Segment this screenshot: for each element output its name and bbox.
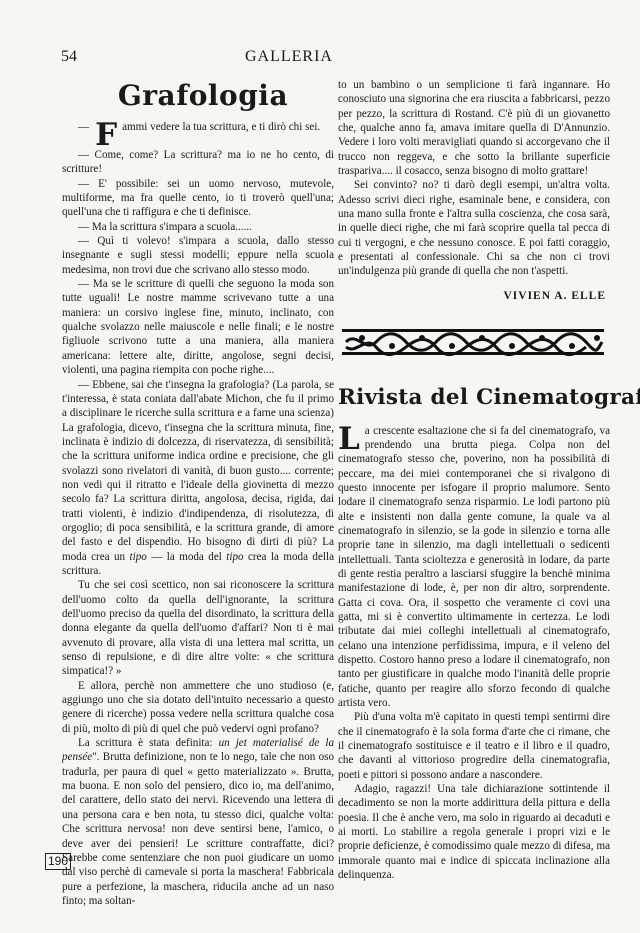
paragraph-continuation: to un bambino o un semplicione ti farà i…: [338, 78, 610, 178]
article-title-grafologia: Grafologia: [62, 78, 334, 114]
folio-number-box: 190: [45, 853, 71, 870]
dropcap-L: L: [338, 426, 360, 452]
paragraph: Più d'una volta m'è capitato in questi t…: [338, 710, 610, 782]
running-title: GALLERIA: [245, 48, 333, 66]
paragraph: Tu che sei così scettico, non sai ricono…: [62, 578, 334, 678]
article2-opening: La crescente esaltazione che si fa del c…: [338, 424, 610, 711]
page-number: 54: [61, 48, 77, 66]
opening-text: ammi vedere la tua scrittura, e ti dirò …: [122, 121, 320, 133]
ornament-vine-icon: [342, 327, 604, 357]
paragraph: — E' possibile: sei un uomo nervoso, mut…: [62, 177, 334, 220]
paragraph: E allora, perchè non ammettere che uno s…: [62, 679, 334, 736]
paragraph-definizione: La scrittura è stata definita: un jet ma…: [62, 736, 334, 908]
paragraph: — Ma se le scritture di quelli che seguo…: [62, 277, 334, 377]
paragraph: — Come, come? La scrittura? ma io ne ho …: [62, 148, 334, 177]
paragraph: Adagio, ragazzi! Una tale dichiarazione …: [338, 782, 610, 882]
text-run: — la moda del: [147, 551, 227, 563]
left-column: Grafologia —Fammi vedere la tua scrittur…: [62, 78, 334, 908]
em-dash: —: [78, 120, 89, 134]
italic-word: tipo: [130, 551, 147, 563]
dropcap-F: F: [95, 122, 117, 148]
paragraph: Sei convinto? no? ti darò degli esempi, …: [338, 178, 610, 278]
italic-word: tipo: [226, 551, 243, 563]
author-signature: VIVIEN A. ELLE: [338, 289, 610, 303]
text-run: — Ebbene, sai che t'insegna la grafologi…: [62, 379, 334, 563]
article-title-cinematografo: Rivista del Cinematografo: [338, 384, 610, 412]
right-column: to un bambino o un semplicione ti farà i…: [338, 78, 610, 883]
article-opening: —Fammi vedere la tua scrittura, e ti dir…: [62, 120, 334, 134]
paragraph: — Ma la scrittura s'impara a scuola.....…: [62, 220, 334, 234]
paragraph: — Quì ti volevo! s'impara a scuola, dall…: [62, 234, 334, 277]
text-run: La scrittura è stata definita:: [78, 737, 219, 749]
paragraph-text: a crescente esaltazione che si fa del ci…: [338, 425, 610, 710]
paragraph-grafologia: — Ebbene, sai che t'insegna la grafologi…: [62, 378, 334, 579]
text-run: ". Brutta definizione, non te lo nego, t…: [62, 751, 334, 906]
